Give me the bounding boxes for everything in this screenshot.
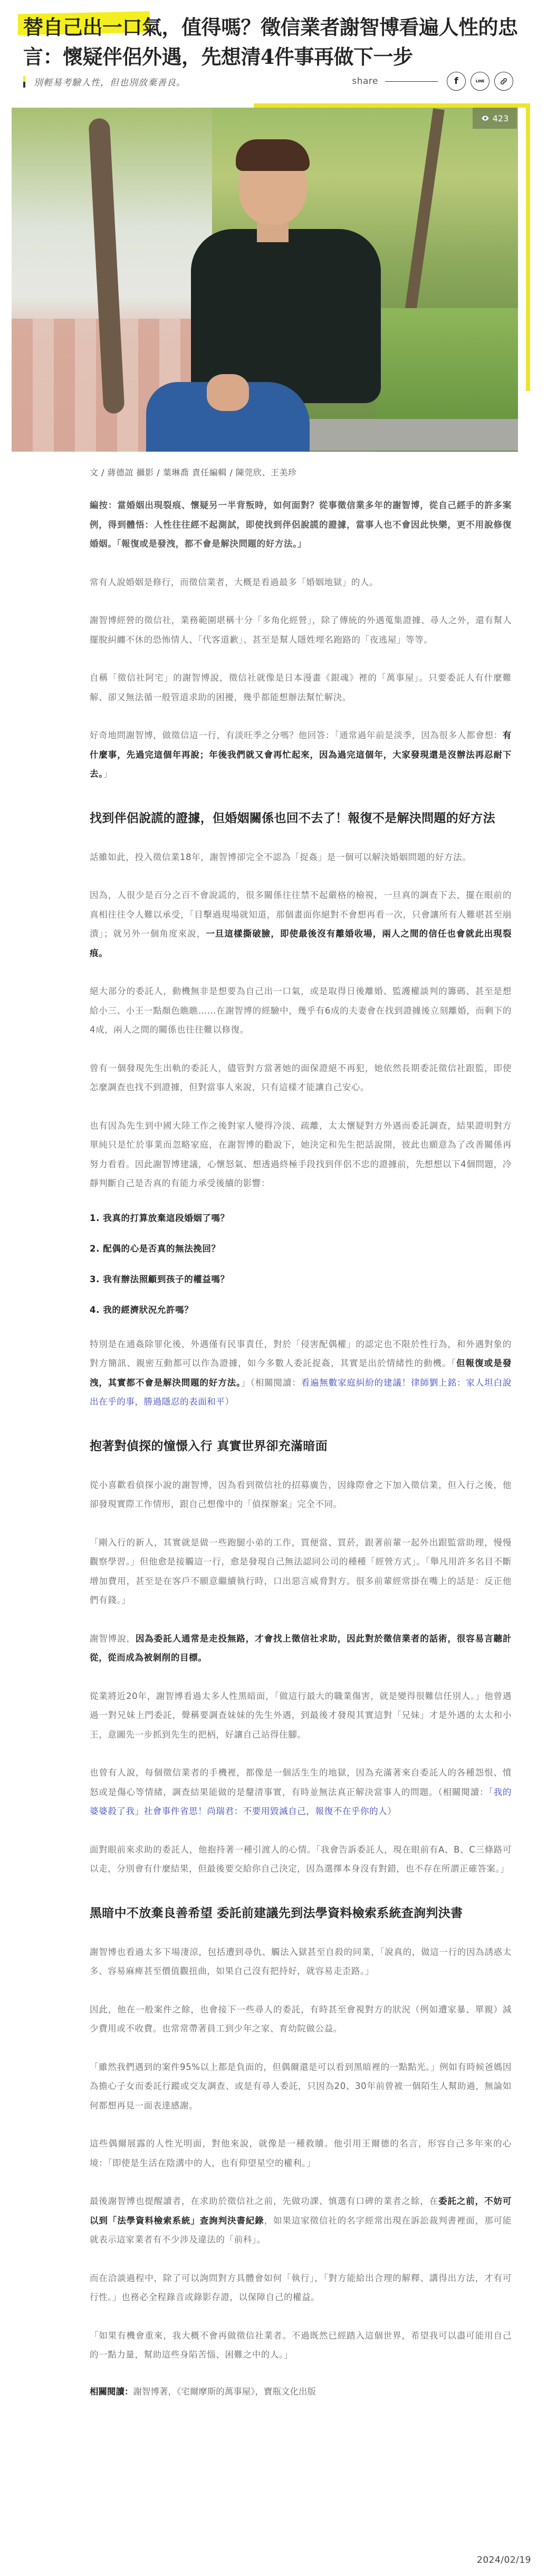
text-run: 也曾有人說，每個徵信業者的手機裡，都像是一個活生生的地獄，因為充滿著來自委託人的… xyxy=(90,1768,512,1797)
paragraph: 而在洽談過程中，除了可以詢問對方具體會如何「執行」，「對方能給出合理的解釋、講得… xyxy=(90,2269,512,2307)
paragraph: 因此，他在一般案件之餘，也會接下一些尋人的委託，有時甚至會視對方的狀況（例如遭家… xyxy=(90,2000,512,2039)
paragraph: 「如果有機會重來，我大概不會再做徵信社業者。不過既然已經踏入這個世界，希望我可以… xyxy=(90,2326,512,2365)
eye-icon xyxy=(481,115,490,121)
paragraph: 常有人說婚姻是修行，而徵信業者，大概是看過最多「婚姻地獄」的人。 xyxy=(90,573,512,593)
section-heading: 找到伴侶說謊的證據，但婚姻關係也回不去了！報復不是解決問題的好方法 xyxy=(90,809,512,828)
related-book-label: 相關閱讀： xyxy=(90,2387,133,2397)
question-item: 3. 我有辦法照顧到孩子的權益嗎？ xyxy=(90,1274,512,1285)
title-block: 替自己出一口氣，值得嗎？徵信業者謝智博看遍人性的忠言：懷疑伴侶外遇，先想清4件事… xyxy=(23,13,530,72)
text-run: 謝智博說， xyxy=(90,1634,136,1644)
paragraph: 謝智博說，因為委託人通常是走投無路，才會找上徵信社求助，因此對於徵信業者的話術，… xyxy=(90,1629,512,1668)
paragraph: 因為，人很少是百分之百不會說謊的，很多關係往往禁不起嚴格的檢視，一旦真的調查下去… xyxy=(90,886,512,963)
share-label: share xyxy=(352,76,378,87)
share-facebook-button[interactable]: f xyxy=(447,72,466,91)
byline: 文 / 蔣德誼 攝影 / 葉琳喬 責任編輯 / 陳莞欣、王美珍 xyxy=(90,465,512,480)
paragraph: 曾有一個發現先生出軌的委託人，儘管對方當著她的面保證絕不再犯，她依然長期委託徵信… xyxy=(90,1059,512,1098)
text-run: 面對眼前來求助的委託人，他抱持著一種引渡人的心情。「我會告訴委託人，現在眼前有A… xyxy=(90,1845,512,1874)
section-heading: 黑暗中不放棄良善希望 委託前建議先到法學資料檢索系統查詢判決書 xyxy=(90,1904,512,1923)
hero: 423 xyxy=(12,108,522,452)
publish-date: 2024/02/19 xyxy=(477,2555,531,2565)
section-heading: 抱著對偵探的憧憬入行 真實世界卻充滿暗面 xyxy=(90,1437,512,1456)
subtitle-accent-bar xyxy=(23,76,25,88)
paragraph: 好奇地問謝智博，做徵信這一行，有淡旺季之分嗎？他回答：「通常過年前是淡季，因為很… xyxy=(90,726,512,784)
text-run: 「如果有機會重來，我大概不會再做徵信社業者。不過既然已經踏入這個世界，希望我可以… xyxy=(90,2331,512,2360)
section-2-body: 從小喜歡看偵探小說的謝智博，因為看到徵信社的招募廣告，因緣際會之下加入徵信業，但… xyxy=(90,1476,512,1879)
text-run: 從小喜歡看偵探小說的謝智博，因為看到徵信社的招募廣告，因緣際會之下加入徵信業，但… xyxy=(90,1480,512,1510)
view-count-badge: 423 xyxy=(473,108,517,129)
paragraph: 最後謝智博也提醒讀者，在求助於徵信社之前，先做功課、慎選有口碑的業者之餘，在委託… xyxy=(90,2192,512,2250)
paragraph: 從小喜歡看偵探小說的謝智博，因為看到徵信社的招募廣告，因緣際會之下加入徵信業，但… xyxy=(90,1476,512,1514)
paragraph: 自稱「徵信社阿宅」的謝智博說，徵信社就像是日本漫畫《銀魂》裡的「萬事屋」。只要委… xyxy=(90,669,512,707)
paragraph: 這些偶爾展露的人性光明面，對他來說，就像是一種救贖。他引用王爾德的名言，形容自己… xyxy=(90,2134,512,2173)
text-run: 最後謝智博也提醒讀者，在求助於徵信社之前，先做功課、慎選有口碑的業者之餘，在 xyxy=(90,2196,438,2206)
section-1-tail: 特別是在通姦除罪化後，外遇僅有民事責任，對於「侵害配偶權」的認定也不限於性行為，… xyxy=(90,1335,512,1412)
editor-note: 編按：當婚姻出現裂痕、懷疑另一半背叛時，如何面對？從事徵信業多年的謝智博，從自己… xyxy=(90,496,512,554)
paragraph: 特別是在通姦除罪化後，外遇僅有民事責任，對於「侵害配偶權」的認定也不限於性行為，… xyxy=(90,1335,512,1412)
paragraph: 也曾有人說，每個徵信業者的手機裡，都像是一個活生生的地獄，因為充滿著來自委託人的… xyxy=(90,1763,512,1821)
subtitle-row: 別輕易考驗人性，但也別放棄善良。 share f LINE xyxy=(23,74,524,95)
article-body: 文 / 蔣德誼 攝影 / 葉琳喬 責任編輯 / 陳莞欣、王美珍 編按：當婚姻出現… xyxy=(90,465,512,2400)
paragraph: 「雖然我們遇到的案件95%以上都是負面的，但偶爾還是可以看到黑暗裡的一點點光。」… xyxy=(90,2058,512,2116)
subtitle: 別輕易考驗人性，但也別放棄善良。 xyxy=(34,75,186,88)
text-run: 「剛入行的新人，其實就是做一些跑腿小弟的工作，買便當、買菸，跟著前輩一起外出跟監… xyxy=(90,1538,512,1606)
view-count: 423 xyxy=(493,113,509,123)
paragraph: 從業將近20年，謝智博看過太多人性黑暗面，「做這行最大的職業傷害，就是變得很難信… xyxy=(90,1687,512,1745)
text-run: 自稱「徵信社阿宅」的謝智博說，徵信社就像是日本漫畫《銀魂》裡的「萬事屋」。只要委… xyxy=(90,673,512,702)
paragraph: 「剛入行的新人，其實就是做一些跑腿小弟的工作，買便當、買菸，跟著前輩一起外出跟監… xyxy=(90,1533,512,1610)
text-run: 曾有一個發現先生出軌的委託人，儘管對方當著她的面保證絕不再犯，她依然長期委託徵信… xyxy=(90,1063,512,1093)
paragraph: 謝智博經營的徵信社，業務範圍堪稱十分「多角化經營」，除了傳統的外遇蒐集證據、尋人… xyxy=(90,611,512,650)
facebook-icon: f xyxy=(454,76,458,87)
text-run: 也有因為先生到中國大陸工作之後對家人變得冷淡、疏離，太太懷疑對方外遇而委託調查，… xyxy=(90,1121,512,1189)
text-run: 這些偶爾展露的人性光明面，對他來說，就像是一種救贖。他引用王爾德的名言，形容自己… xyxy=(90,2139,512,2168)
question-list: 1. 我真的打算放棄這段婚姻了嗎？ 2. 配偶的心是否真的無法挽回？ 3. 我有… xyxy=(90,1213,512,1316)
text-run: 絕大部分的委託人，動機無非是想要為自己出一口氣，或是取得日後離婚、監護權談判的籌… xyxy=(90,986,512,1035)
text-run: 「雖然我們遇到的案件95%以上都是負面的，但偶爾還是可以看到黑暗裡的一點點光。」… xyxy=(90,2062,512,2111)
paragraph: 話雖如此，投入徵信業18年，謝智博卻完全不認為「捉姦」是一個可以解決婚姻問題的好… xyxy=(90,848,512,867)
paragraph: 面對眼前來求助的委託人，他抱持著一種引渡人的心情。「我會告訴委託人，現在眼前有A… xyxy=(90,1840,512,1879)
text-run: ） xyxy=(225,1397,234,1407)
question-item: 2. 配偶的心是否真的無法挽回？ xyxy=(90,1243,512,1255)
emphasis-text: 因為委託人通常是走投無路，才會找上徵信社求助，因此對於徵信業者的話術，很容易言聽… xyxy=(90,1634,512,1663)
text-run: 」 xyxy=(103,769,112,779)
text-run: 話雖如此，投入徵信業18年，謝智博卻完全不認為「捉姦」是一個可以解決婚姻問題的好… xyxy=(90,852,471,862)
line-icon: LINE xyxy=(476,79,485,83)
share-bar: share f LINE xyxy=(352,72,513,91)
paragraph: 絕大部分的委託人，動機無非是想要為自己出一口氣，或是取得日後離婚、監護權談判的籌… xyxy=(90,982,512,1040)
link-icon xyxy=(500,77,508,85)
paragraph: 謝智博也看過太多下場淒涼，包括遭到尋仇、觸法入獄甚至自殺的同業，「說真的，做這一… xyxy=(90,1943,512,1981)
text-run: 好奇地問謝智博，做徵信這一行，有淡旺季之分嗎？他回答：「通常過年前是淡季，因為很… xyxy=(90,730,503,740)
question-item: 4. 我的經濟狀況允許嗎？ xyxy=(90,1304,512,1316)
text-run: 」（相關閱讀： xyxy=(241,1378,301,1388)
text-run: 從業將近20年，謝智博看過太多人性黑暗面，「做這行最大的職業傷害，就是變得很難信… xyxy=(90,1691,512,1740)
text-run: 因此，他在一般案件之餘，也會接下一些尋人的委託，有時甚至會視對方的狀況（例如遭家… xyxy=(90,2005,512,2034)
paragraph: 也有因為先生到中國大陸工作之後對家人變得冷淡、疏離，太太懷疑對方外遇而委託調查，… xyxy=(90,1117,512,1194)
hero-photo: 423 xyxy=(12,108,518,452)
section-1-body: 話雖如此，投入徵信業18年，謝智博卻完全不認為「捉姦」是一個可以解決婚姻問題的好… xyxy=(90,848,512,1194)
text-run: 而在洽談過程中，除了可以詢問對方具體會如何「執行」，「對方能給出合理的解釋、講得… xyxy=(90,2273,512,2303)
text-run: 常有人說婚姻是修行，而徵信業者，大概是看過最多「婚姻地獄」的人。 xyxy=(90,577,378,587)
text-run: 謝智博經營的徵信社，業務範圍堪稱十分「多角化經營」，除了傳統的外遇蒐集證據、尋人… xyxy=(90,615,512,645)
text-run: ） xyxy=(387,1806,396,1816)
text-run: 特別是在通姦除罪化後，外遇僅有民事責任，對於「侵害配偶權」的認定也不限於性行為，… xyxy=(90,1339,512,1369)
related-book: 相關閱讀：謝智博著，《宅爾摩斯的萬事屋》，寶瓶文化出版 xyxy=(90,2384,512,2400)
section-3-body: 謝智博也看過太多下場淒涼，包括遭到尋仇、觸法入獄甚至自殺的同業，「說真的，做這一… xyxy=(90,1943,512,2365)
related-book-text: 謝智博著，《宅爾摩斯的萬事屋》，寶瓶文化出版 xyxy=(133,2387,316,2397)
share-line-button[interactable]: LINE xyxy=(471,72,490,91)
question-item: 1. 我真的打算放棄這段婚姻了嗎？ xyxy=(90,1213,512,1224)
section-intro: 常有人說婚姻是修行，而徵信業者，大概是看過最多「婚姻地獄」的人。謝智博經營的徵信… xyxy=(90,573,512,784)
copy-link-button[interactable] xyxy=(494,72,513,91)
share-divider xyxy=(385,81,438,82)
page-title: 替自己出一口氣，值得嗎？徵信業者謝智博看遍人性的忠言：懷疑伴侶外遇，先想清4件事… xyxy=(23,13,530,72)
text-run: 謝智博也看過太多下場淒涼，包括遭到尋仇、觸法入獄甚至自殺的同業，「說真的，做這一… xyxy=(90,1947,512,1977)
